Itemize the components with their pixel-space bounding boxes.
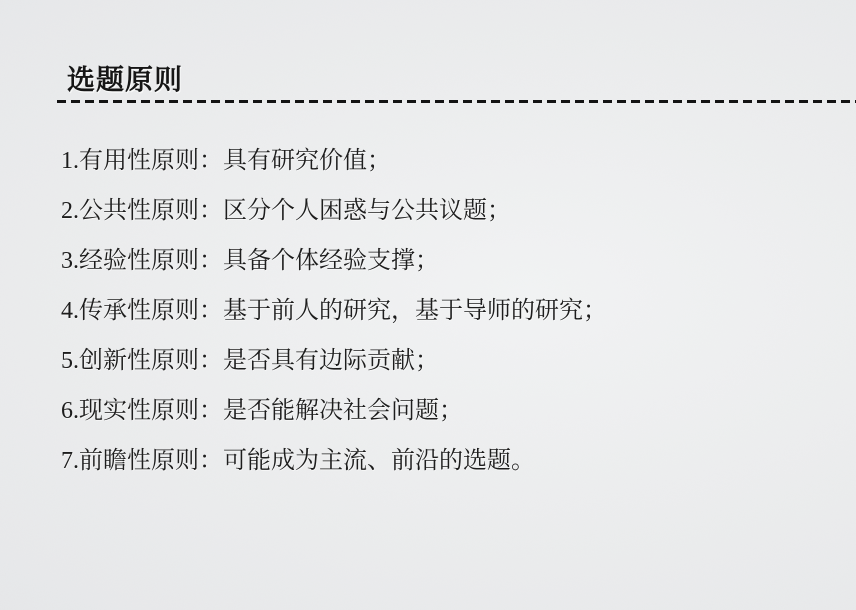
principle-item-7: 7.前瞻性原则：可能成为主流、前沿的选题。	[61, 436, 607, 486]
slide-title: 选题原则	[67, 58, 183, 98]
dashed-divider	[57, 100, 856, 103]
principle-item-6: 6.现实性原则：是否能解决社会问题；	[61, 386, 607, 436]
principle-item-3: 3.经验性原则：具备个体经验支撑；	[61, 236, 607, 286]
principle-item-5: 5.创新性原则：是否具有边际贡献；	[61, 336, 607, 386]
principles-list: 1.有用性原则：具有研究价值； 2.公共性原则：区分个人困惑与公共议题； 3.经…	[61, 136, 607, 486]
presentation-slide: 选题原则 1.有用性原则：具有研究价值； 2.公共性原则：区分个人困惑与公共议题…	[0, 0, 856, 610]
principle-item-1: 1.有用性原则：具有研究价值；	[61, 136, 607, 186]
principle-item-2: 2.公共性原则：区分个人困惑与公共议题；	[61, 186, 607, 236]
principle-item-4: 4.传承性原则：基于前人的研究，基于导师的研究；	[61, 286, 607, 336]
